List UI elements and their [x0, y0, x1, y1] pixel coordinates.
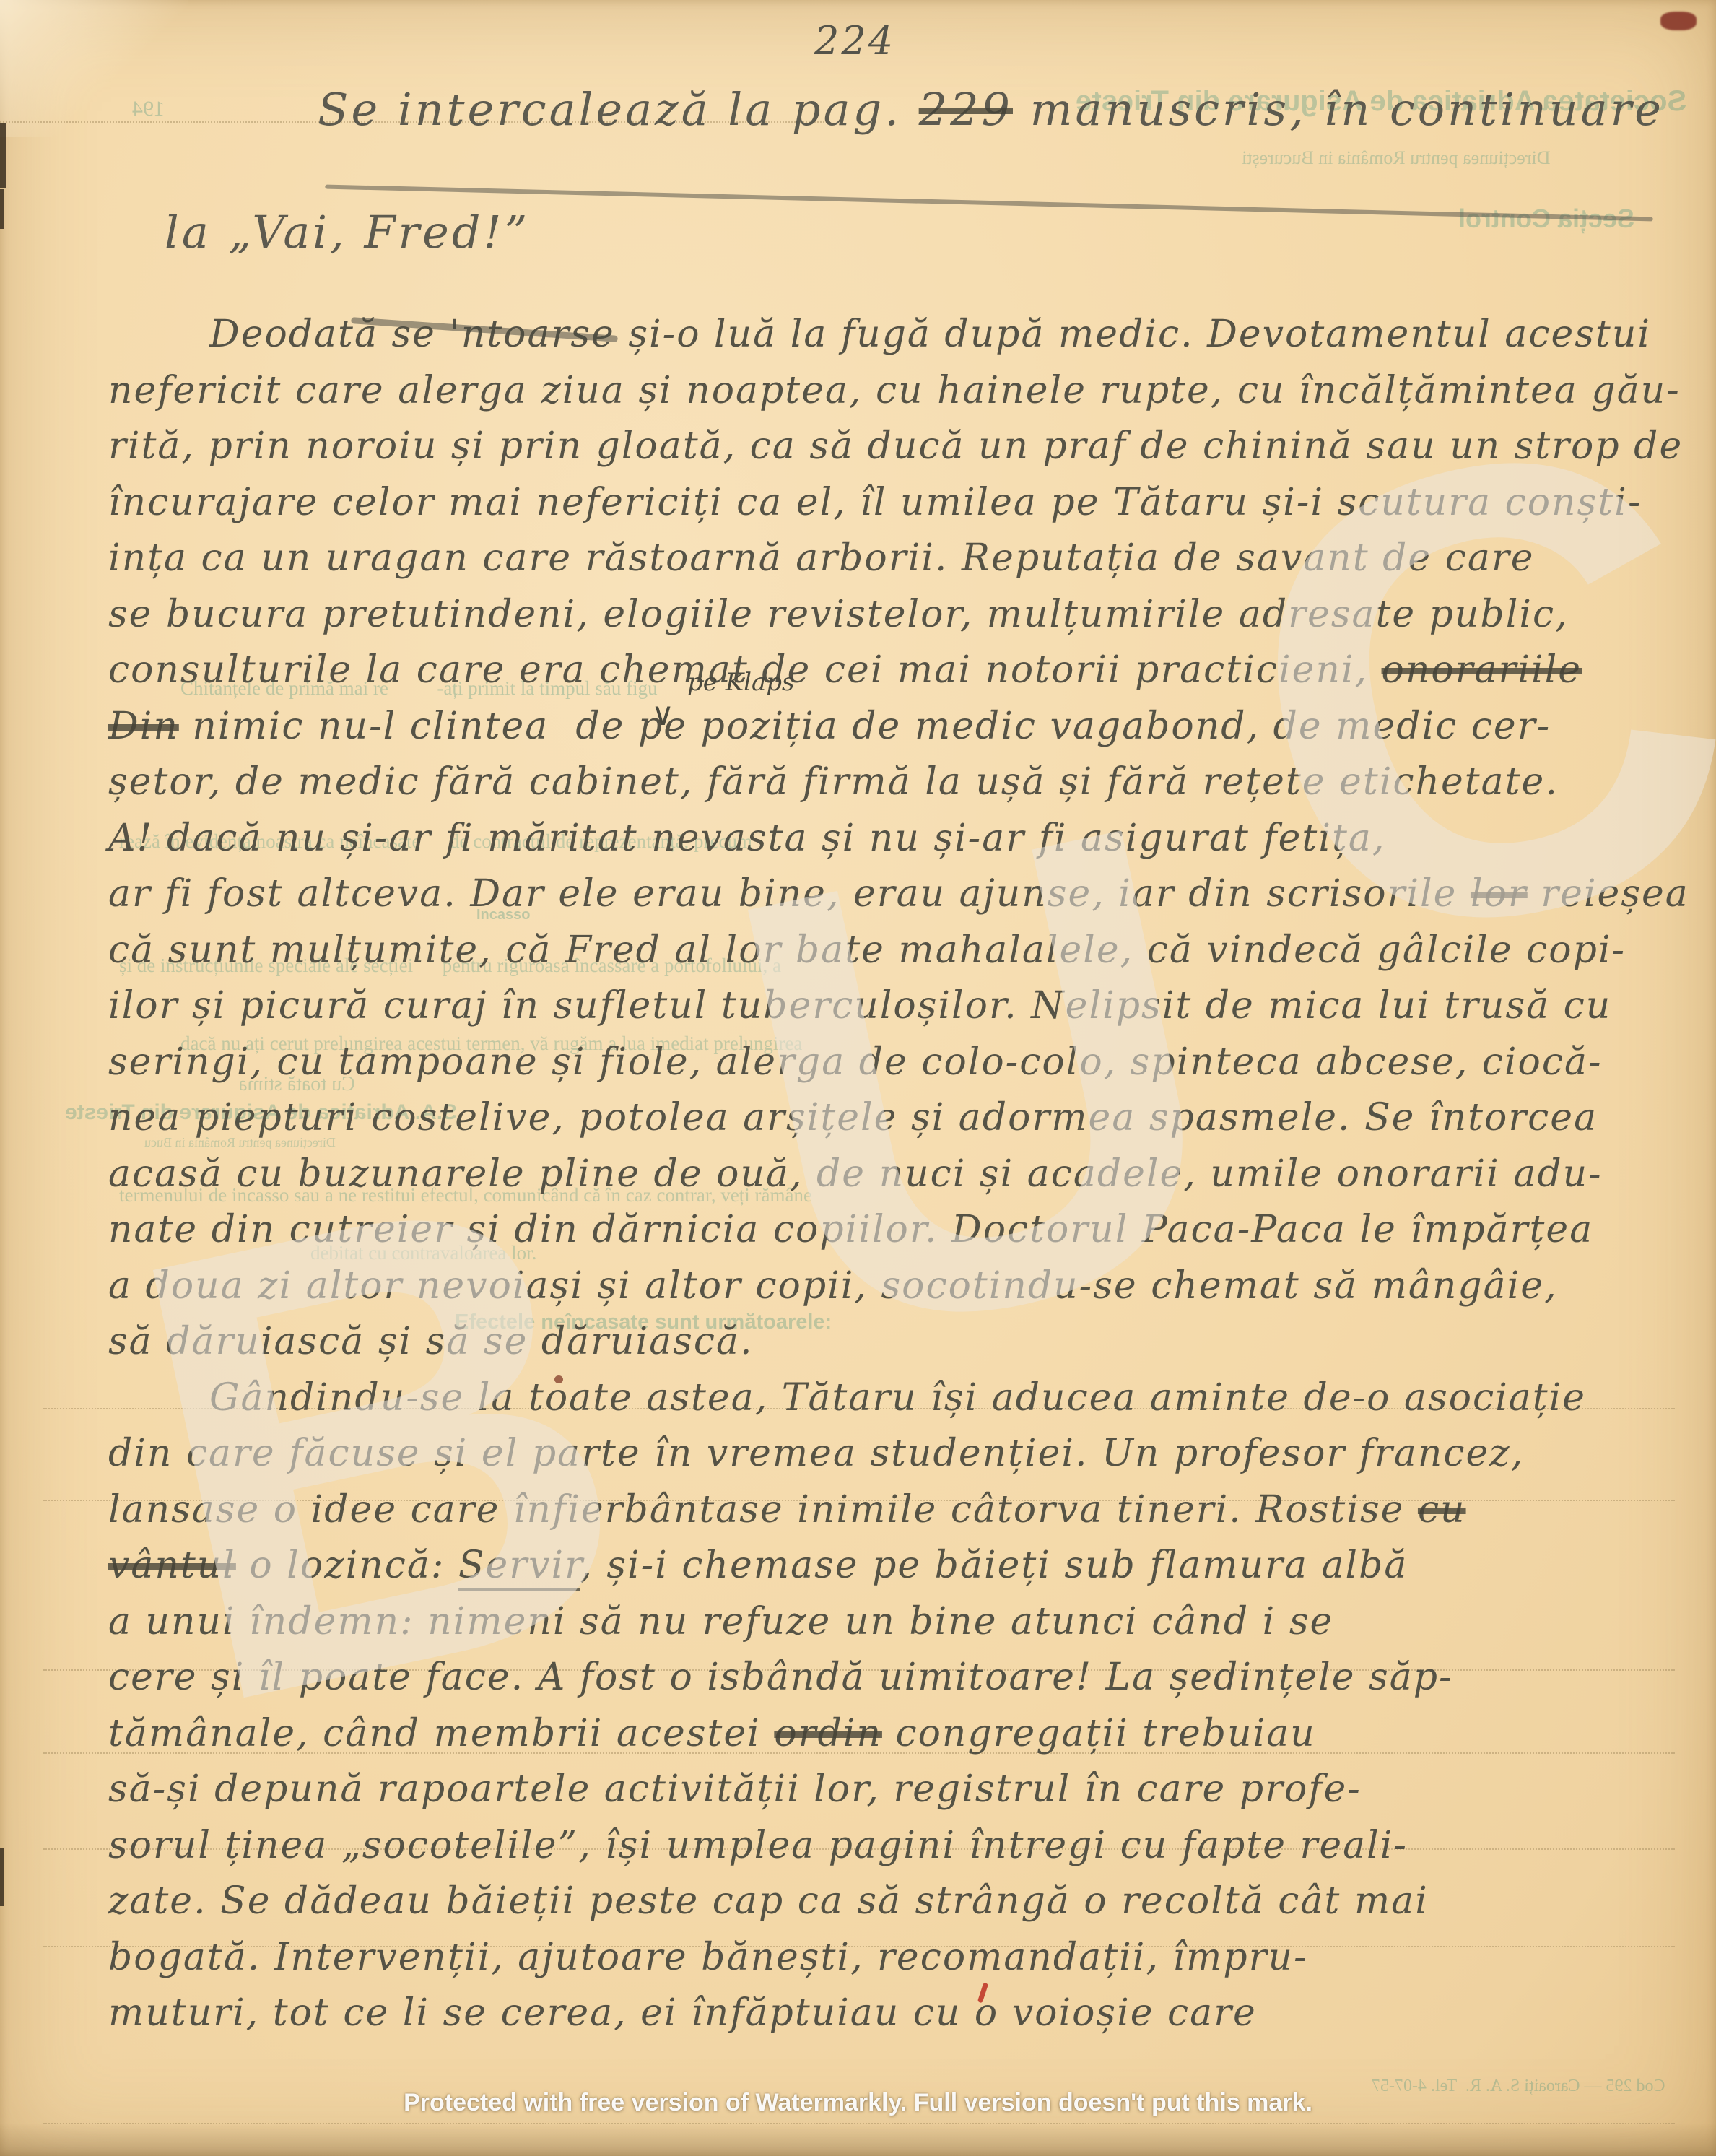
manuscript-page: Societatea Adriatica de Asigurare din Tr… — [0, 0, 1716, 2156]
scan-edge-nick — [0, 189, 4, 229]
handwriting-segment: la „Vai, Fred!” — [165, 206, 530, 258]
handwriting-segment-scribbled: Din — [108, 705, 179, 748]
manuscript-line: muturi, tot ce li se cerea, ei înfăptuia… — [108, 1993, 1257, 2034]
manuscript-line: bogată. Intervenții, ajutoare bănești, r… — [108, 1937, 1308, 1978]
handwriting-segment-scribbled: cu — [1418, 1488, 1466, 1531]
scan-edge-nick — [0, 123, 6, 188]
manuscript-line: zate. Se dădeau băieții peste cap ca să … — [108, 1881, 1429, 1922]
handwriting-segment: congregații trebuiau — [882, 1712, 1316, 1755]
red-smudge-artifact — [1660, 12, 1697, 30]
handwriting-segment: Se intercalează la pag. — [318, 83, 919, 136]
bleed-through-text-mirrored: 194 — [132, 97, 165, 121]
insertion-note-line: Se intercalează la pag. 229 manuscris, î… — [318, 85, 1664, 134]
manuscript-line: sorul ținea „socotelile”, își umplea pag… — [108, 1825, 1408, 1866]
insertion-note-line: la „Vai, Fred!” — [165, 208, 530, 257]
handwriting-segment: sorul ținea „socotelile”, își umplea pag… — [108, 1824, 1408, 1867]
bleed-through-text-mirrored: Direcțiunea pentru România in București — [1242, 147, 1550, 169]
handwriting-segment: bogată. Intervenții, ajutoare bănești, r… — [108, 1936, 1308, 1979]
handwriting-segment: zate. Se dădeau băieții peste cap ca să … — [108, 1879, 1429, 1923]
scan-edge-nick — [0, 1848, 4, 1906]
handwriting-segment: muturi, tot ce li se cerea, ei înfăptuia… — [108, 1991, 1257, 2035]
insertion-caret: ∨ — [651, 699, 674, 731]
handwriting-segment-scribbled: 229 — [919, 83, 1013, 136]
handwriting-segment: manuscris, în continuare — [1013, 83, 1664, 136]
page-number: 224 — [814, 22, 895, 61]
watermarkly-notice: Protected with free version of Watermark… — [0, 2088, 1716, 2118]
handwriting-segment-scribbled: ordin — [774, 1712, 882, 1755]
interlinear-insertion: pe Klaps — [687, 670, 794, 695]
handwriting-segment: , și-i chemase pe băieți sub flamura alb… — [580, 1544, 1408, 1587]
scan-bottom-shade — [0, 2123, 1716, 2156]
